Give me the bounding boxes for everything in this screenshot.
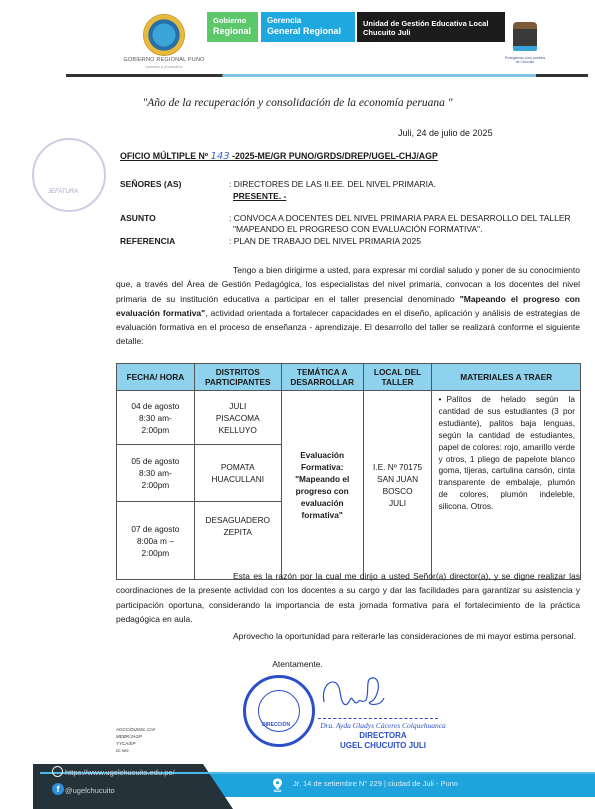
distritos-cell: POMATA HUACULLANI	[194, 445, 281, 502]
fecha-cell: 05 de agosto 8:30 am- 2:00pm	[117, 445, 195, 502]
materiales-cell: •Palitos de helado según la cantidad de …	[432, 391, 581, 580]
jefatura-stamp-label: JEFATURA	[48, 189, 78, 195]
presente: PRESENTE. -	[233, 191, 286, 201]
distrito: POMATA	[198, 461, 278, 473]
logo-subcaption: honesto y productivo	[118, 64, 210, 69]
band-blue-line1: Gerencia	[267, 15, 349, 26]
fecha-line: 04 de agosto	[120, 400, 191, 412]
closing-paragraph: Esta es la razón por la cual me dirijo a…	[116, 569, 580, 626]
footer-website-link[interactable]: https://www.ugelchucuito.edu.pe/	[65, 768, 175, 777]
chucuito-logo	[513, 22, 537, 56]
fecha-line: 2:00pm	[120, 479, 191, 491]
referencia-value: : PLAN DE TRABAJO DEL NIVEL PRIMARIA 202…	[229, 236, 421, 246]
header-distritos: DISTRITOS PARTICIPANTES	[194, 364, 281, 391]
fecha-line: 8:30 am-	[120, 412, 191, 424]
workshop-schedule-table: FECHA/ HORA DISTRITOS PARTICIPANTES TEMÁ…	[116, 363, 581, 580]
distritos-cell: DESAGUADERO ZEPITA	[194, 502, 281, 580]
referencia-label: REFERENCIA	[120, 236, 175, 246]
local-line: I.E. Nº 70175	[367, 461, 429, 473]
senores-label: SEÑORES (AS)	[120, 179, 181, 189]
distrito: DESAGUADERO	[198, 514, 278, 526]
fecha-cell: 04 de agosto 8:30 am- 2:00pm	[117, 391, 195, 445]
gobierno-regional-band: Gobierno Regional	[207, 12, 258, 42]
year-motto: "Año de la recuperación y consolidación …	[0, 97, 595, 109]
local-line: JULI	[367, 497, 429, 509]
materiales-text: Palitos de helado según la cantidad de s…	[438, 394, 575, 511]
chucuito-logo-caption: Protegiendo a los pueblos de Chucuito	[504, 56, 546, 64]
distrito: PISACOMA	[198, 412, 278, 424]
fecha-line: 07 de agosto	[120, 523, 191, 535]
signer-role: DIRECTORA	[303, 731, 463, 741]
ugel-band: Unidad de Gestión Educativa Local Chucui…	[357, 12, 505, 42]
signer-title: DIRECTORA UGEL CHUCUITO JULI	[303, 731, 463, 751]
oficio-number: OFICIO MÚLTIPLE Nº 143 -2025-ME/GR PUNO/…	[120, 151, 438, 162]
table-row: 04 de agosto 8:30 am- 2:00pm JULI PISACO…	[117, 391, 581, 445]
fecha-line: 2:00pm	[120, 547, 191, 559]
fecha-line: 8:00a m –	[120, 535, 191, 547]
tematica-cell: Evaluación Formativa: "Mapeando el progr…	[281, 391, 363, 580]
band-green-line2: Regional	[213, 26, 252, 37]
initial-line: MEBR/JAGP	[116, 733, 155, 740]
tematica-line: Evaluación	[285, 449, 360, 461]
distritos-cell: JULI PISACOMA KELLUYO	[194, 391, 281, 445]
fecha-line: 8:30 am-	[120, 467, 191, 479]
band-blue-line2: General Regional	[267, 26, 349, 37]
band-black-line2: Chucuito Juli	[363, 28, 499, 37]
local-line: BOSCO	[367, 485, 429, 497]
body-paragraph: Tengo a bien dirigirme a usted, para exp…	[116, 263, 580, 349]
regards-text: Aprovecho la oportunidad para reiterarle…	[233, 631, 576, 641]
tematica-line: "Mapeando el	[285, 473, 360, 485]
footer-address: Jr. 14 de setiembre N° 229 | ciudad de J…	[293, 779, 458, 788]
signer-name: Dra. Ayda Gladys Cáceres Colquehuanca	[303, 721, 463, 730]
jefatura-stamp	[32, 138, 106, 212]
oficio-handwritten-number: 143	[211, 151, 230, 162]
header-fecha: FECHA/ HORA	[117, 364, 195, 391]
logo-caption: GOBIERNO REGIONAL PUNO	[118, 57, 210, 63]
distrito: HUACULLANI	[198, 473, 278, 485]
gobierno-regional-puno-logo	[143, 14, 185, 56]
initial-line: YYCA/EP	[116, 740, 155, 747]
fecha-line: 2:00pm	[120, 424, 191, 436]
gerencia-regional-band: Gerencia General Regional	[261, 12, 355, 42]
oficio-suffix: -2025-ME/GR PUNO/GRDS/DREP/UGEL-CHJ/AGP	[230, 151, 438, 161]
band-green-line1: Gobierno	[213, 15, 252, 26]
header-tematica: TEMÁTICA A DESARROLLAR	[281, 364, 363, 391]
header-divider	[66, 74, 588, 77]
handwritten-signature	[318, 672, 388, 714]
direccion-stamp-label: DIRECCIÓN	[262, 722, 290, 728]
band-black-line1: Unidad de Gestión Educativa Local	[363, 19, 499, 28]
tematica-line: formativa"	[285, 509, 360, 521]
globe-icon	[52, 766, 63, 777]
distrito: ZEPITA	[198, 526, 278, 538]
regards-paragraph: Aprovecho la oportunidad para reiterarle…	[116, 629, 580, 643]
reference-initials: AGCC/DUGEL.CHI MEBR/JAGP YYCA/EP cc.sec	[116, 726, 155, 754]
tematica-line: evaluación	[285, 497, 360, 509]
atentamente: Atentamente.	[0, 659, 595, 669]
asunto-value-2: "MAPEANDO EL PROGRESO CON EVALUACIÓN FOR…	[233, 224, 482, 234]
initial-line: AGCC/DUGEL.CHI	[116, 726, 155, 733]
document-date: Juli, 24 de julio de 2025	[398, 128, 493, 138]
tematica-line: Formativa:	[285, 461, 360, 473]
closing-text: Esta es la razón por la cual me dirijo a…	[116, 571, 580, 624]
local-cell: I.E. Nº 70175 SAN JUAN BOSCO JULI	[363, 391, 432, 580]
signature-line	[318, 718, 438, 719]
footer-facebook-link[interactable]: @ugelchucuito	[65, 786, 115, 795]
header-materiales: MATERIALES A TRAER	[432, 364, 581, 391]
asunto-label: ASUNTO	[120, 213, 156, 223]
local-line: SAN JUAN	[367, 473, 429, 485]
fecha-cell: 07 de agosto 8:00a m – 2:00pm	[117, 502, 195, 580]
distrito: KELLUYO	[198, 424, 278, 436]
fecha-line: 05 de agosto	[120, 455, 191, 467]
initial-line: cc.sec	[116, 747, 155, 754]
location-pin-icon	[272, 778, 283, 792]
table-header-row: FECHA/ HORA DISTRITOS PARTICIPANTES TEMÁ…	[117, 364, 581, 391]
asunto-value-1: : CONVOCA A DOCENTES DEL NIVEL PRIMARIA …	[229, 213, 571, 223]
oficio-prefix: OFICIO MÚLTIPLE Nº	[120, 151, 211, 161]
facebook-icon: f	[52, 783, 64, 795]
tematica-line: progreso con	[285, 485, 360, 497]
header-local: LOCAL DEL TALLER	[363, 364, 432, 391]
signer-office: UGEL CHUCUITO JULI	[303, 741, 463, 751]
distrito: JULI	[198, 400, 278, 412]
senores-value: : DIRECTORES DE LAS II.EE. DEL NIVEL PRI…	[229, 179, 436, 189]
